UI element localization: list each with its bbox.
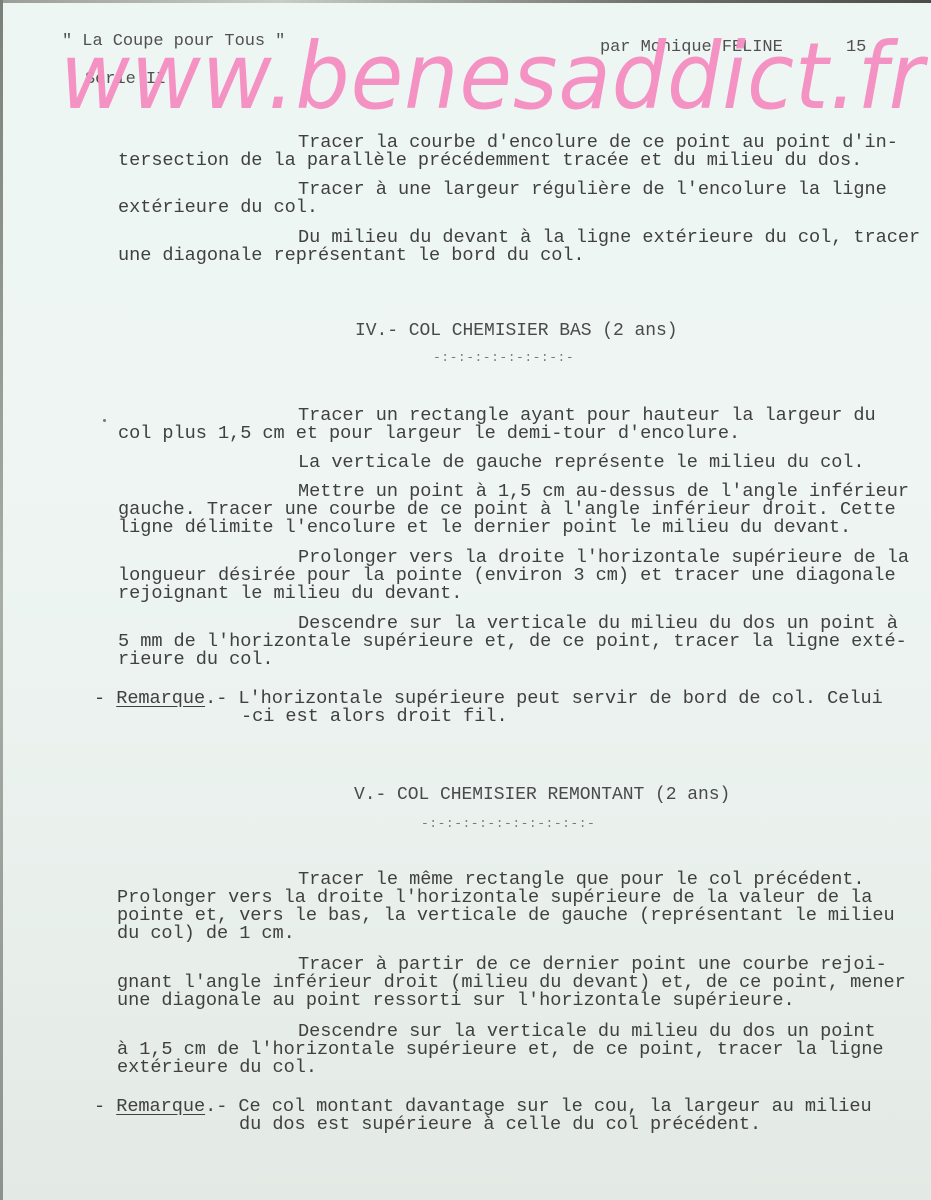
s5-p3-line3: extérieure du col. (117, 1059, 317, 1077)
scan-speck (103, 419, 106, 422)
remark-dash: - (94, 1096, 116, 1117)
remark-label: Remarque (116, 1096, 205, 1117)
s5-p1-line4: du col) de 1 cm. (117, 925, 295, 943)
intro-p2-line1: Tracer à une largeur régulière de l'enco… (298, 181, 887, 199)
remark-suffix: .- (205, 1096, 238, 1117)
s5-p2-line3: une diagonale au point ressorti sur l'ho… (117, 992, 795, 1010)
s4-p2-line1: La verticale de gauche représente le mil… (298, 454, 865, 472)
intro-p3-line2: une diagonale représentant le bord du co… (118, 247, 585, 265)
section-5-separator: -:-:-:-:-:-:-:-:-:-:- (421, 815, 595, 833)
remark-label: Remarque (116, 688, 205, 709)
s4-p5-line3: rieure du col. (118, 651, 274, 669)
s4-remark-line2: -ci est alors droit fil. (241, 708, 508, 726)
watermark-url: www.benesaddict.fr (60, 22, 925, 132)
scan-top-edge (0, 0, 931, 3)
section-4-title: IV.- COL CHEMISIER BAS (2 ans) (355, 322, 678, 340)
remark-dash: - (94, 688, 116, 709)
section-4-separator: -:-:-:-:-:-:-:-:- (433, 349, 574, 367)
section-5-title: V.- COL CHEMISIER REMONTANT (2 ans) (354, 786, 730, 804)
s5-remark-line2: du dos est supérieure à celle du col pré… (239, 1116, 761, 1134)
s4-p4-line3: rejoignant le milieu du devant. (118, 585, 462, 603)
s4-p1-line2: col plus 1,5 cm et pour largeur le demi-… (118, 425, 740, 443)
scan-left-edge (0, 0, 3, 1200)
intro-p1-line2: tersection de la parallèle précédemment … (118, 152, 862, 170)
intro-p2-line2: extérieure du col. (118, 199, 318, 217)
s4-p3-line3: ligne délimite l'encolure et le dernier … (118, 519, 851, 537)
remark-suffix: .- (205, 688, 238, 709)
